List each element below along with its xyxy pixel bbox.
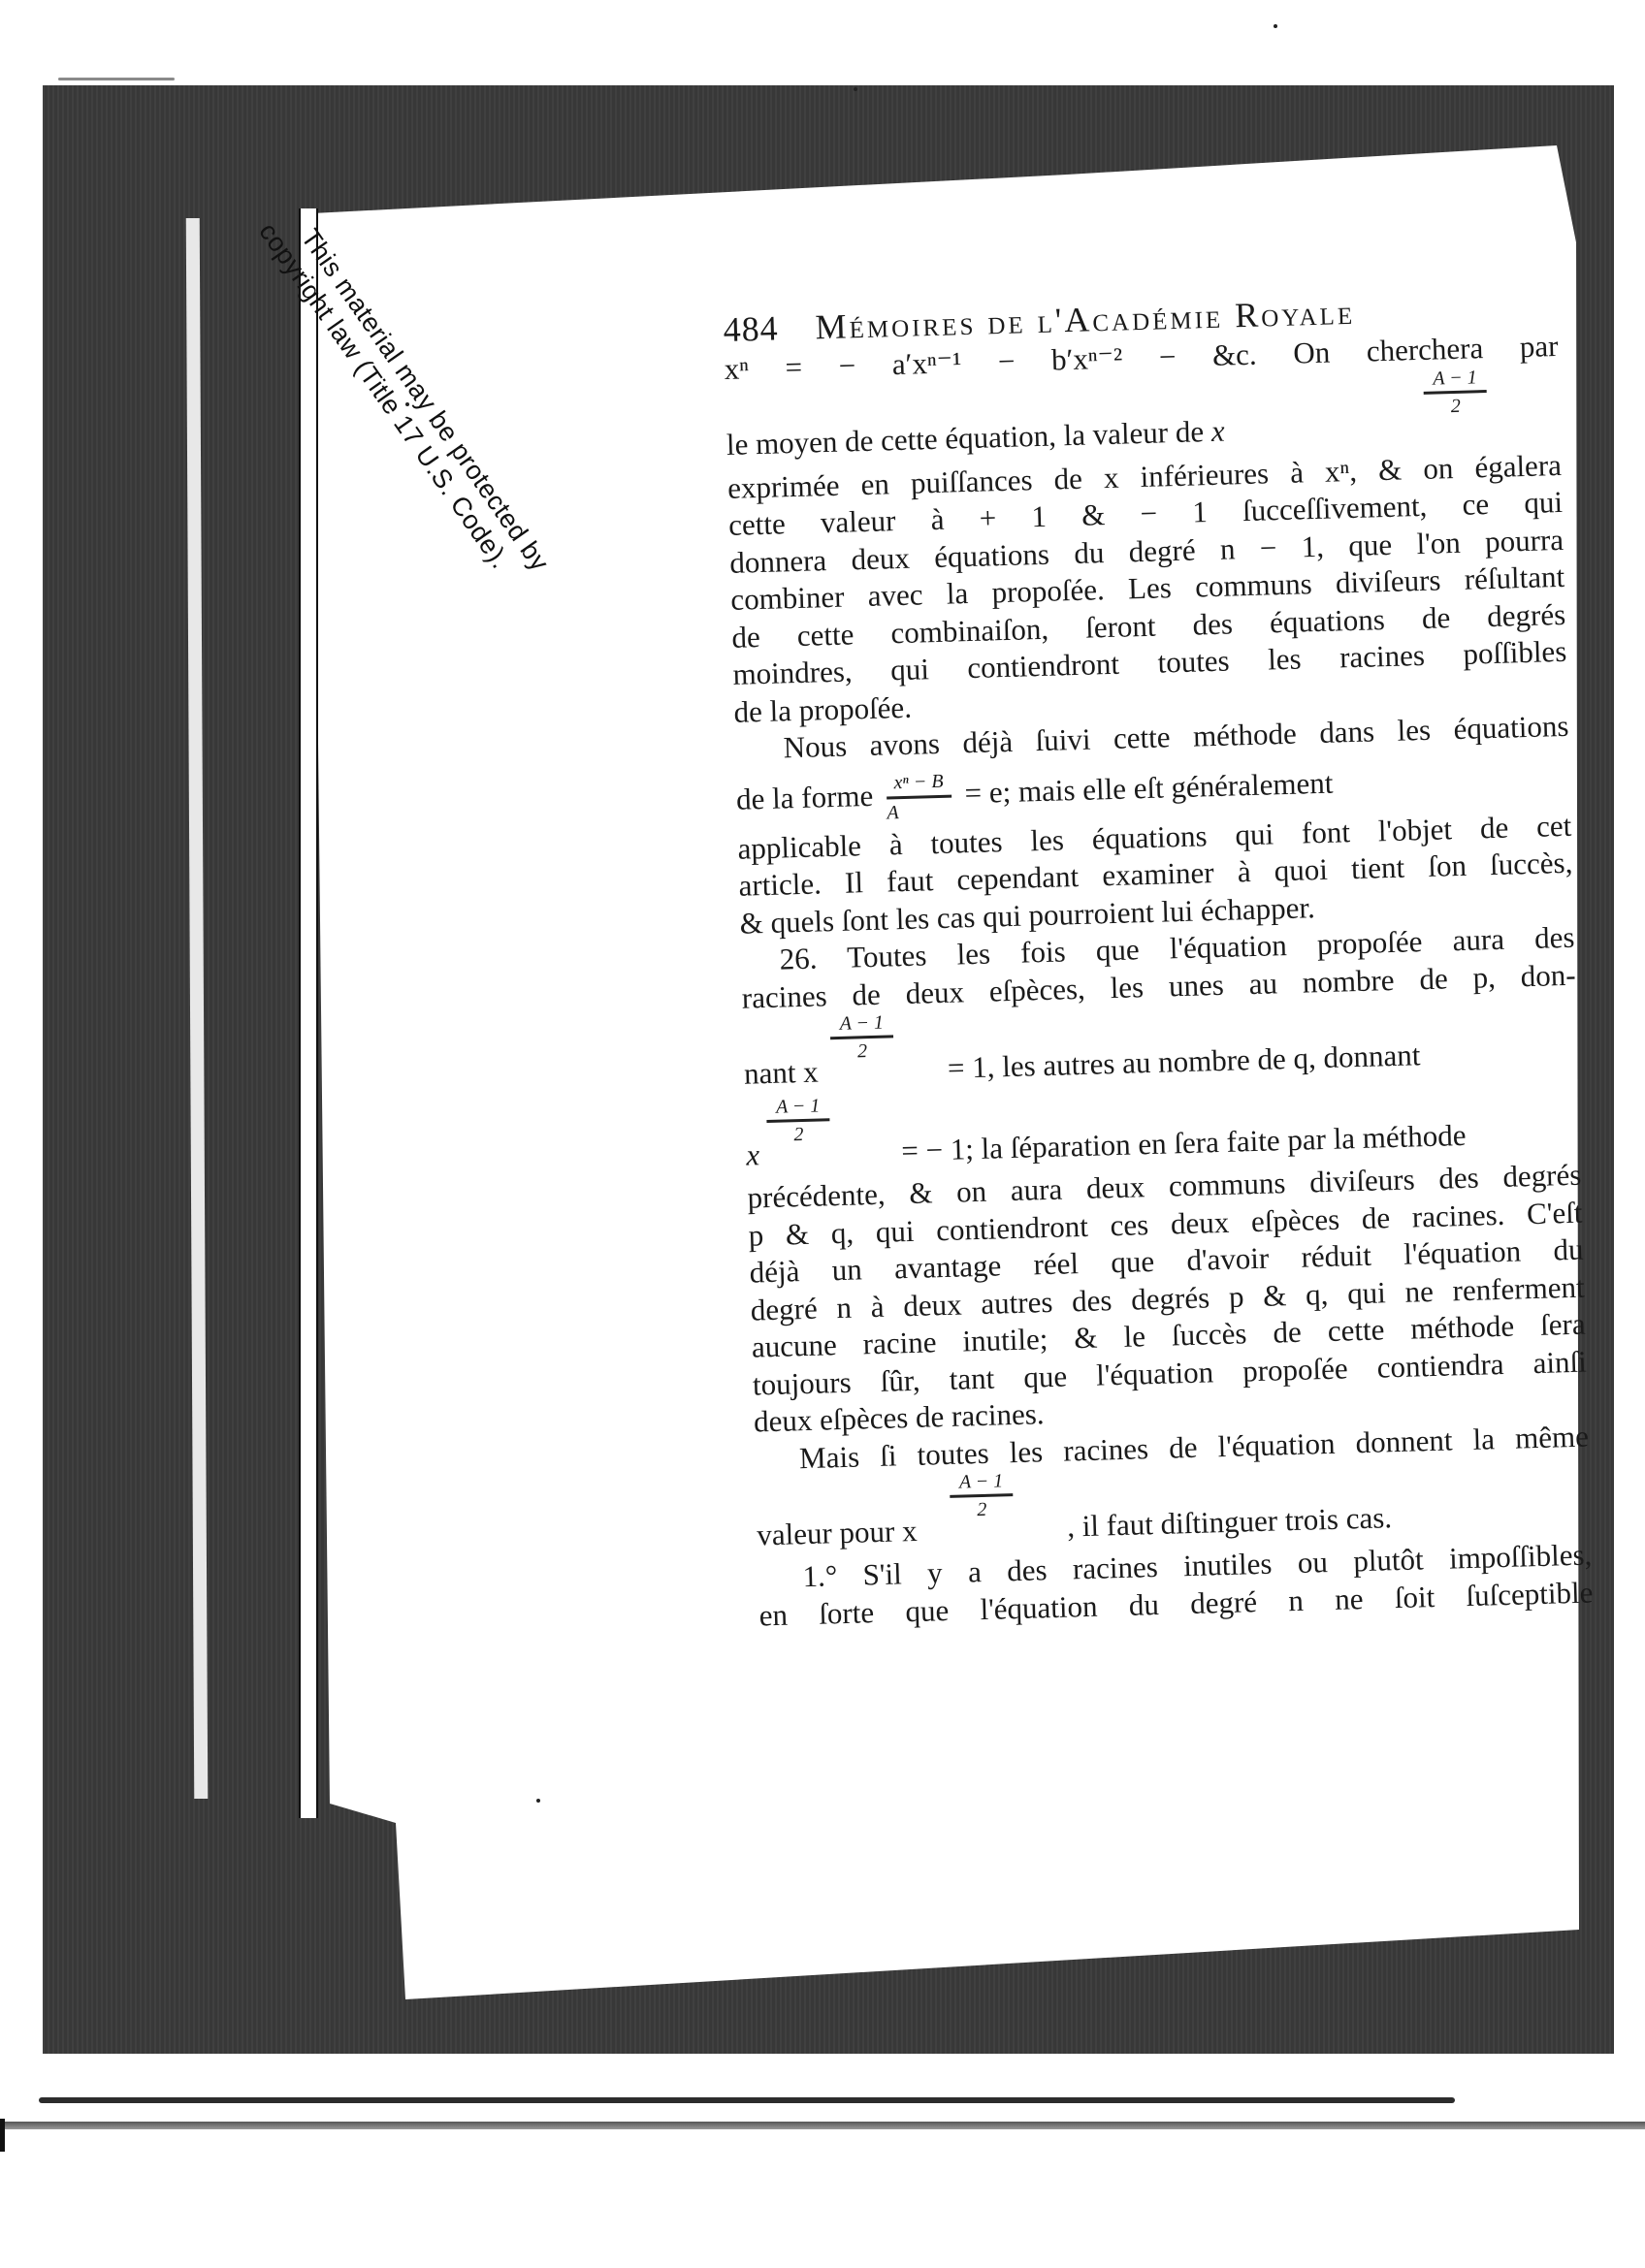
page-edge-lines bbox=[299, 208, 318, 1818]
scan-speck bbox=[854, 87, 857, 91]
scan-artifact-mark bbox=[0, 2119, 5, 2152]
text-fragment: = − 1; la ſéparation en ſera faite par l… bbox=[901, 1116, 1467, 1169]
page-text: 484 Mémoires de l'Académie Royale xⁿ = −… bbox=[723, 285, 1594, 1634]
exponent-fraction: A − 1 2 bbox=[766, 1095, 831, 1146]
exponent-fraction: A − 1 2 bbox=[1423, 367, 1488, 418]
text-fragment: nant x bbox=[744, 1053, 820, 1093]
scan-speck bbox=[536, 1799, 540, 1803]
text-fragment: = 1, les autres au nombre de q, donnant bbox=[947, 1037, 1420, 1087]
inline-fraction: xⁿ − B A bbox=[886, 770, 952, 825]
scan-artifact bbox=[58, 78, 175, 80]
scan-edge-bottom bbox=[0, 2122, 1645, 2129]
text-fragment: valeur pour x bbox=[757, 1512, 918, 1553]
scan-artifact-bottom bbox=[39, 2097, 1455, 2103]
text-fragment: , il faut diſtinguer trois cas. bbox=[1067, 1499, 1393, 1546]
exponent-fraction: A − 1 2 bbox=[950, 1470, 1015, 1521]
page-number: 484 bbox=[723, 308, 779, 349]
text-fragment: le moyen de cette équation, la valeur de… bbox=[726, 413, 1225, 464]
exponent-fraction: A − 1 2 bbox=[829, 1011, 894, 1063]
scan-speck bbox=[1274, 24, 1277, 28]
text-fragment: x bbox=[746, 1136, 760, 1174]
